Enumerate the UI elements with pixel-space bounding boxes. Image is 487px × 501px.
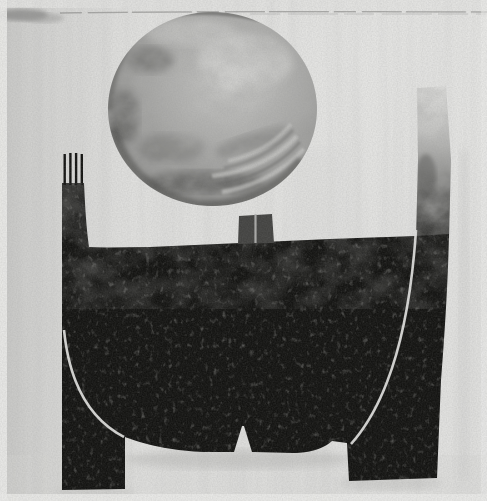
artwork-frame	[0, 0, 487, 501]
artwork-image	[0, 0, 487, 501]
scan-grain-overlay	[0, 0, 487, 501]
